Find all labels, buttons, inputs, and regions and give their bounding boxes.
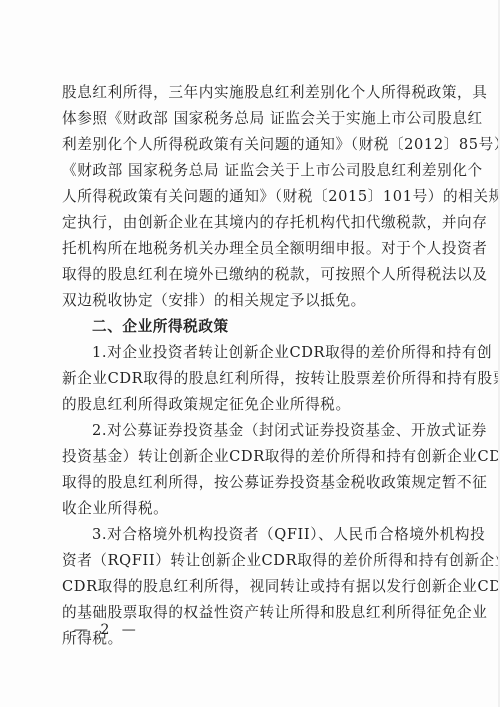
item-1-line-3: 的股息红利所得政策规定征免企业所得税。 [62, 392, 440, 418]
document-body: 股息红利所得，三年内实施股息红利差别化个人所得税政策，具 体参照《财政部 国家税… [62, 80, 440, 652]
page-number: — 2 — [74, 622, 140, 638]
item-2-line-4: 收企业所得税。 [62, 496, 440, 522]
body-line-2: 体参照《财政部 国家税务总局 证监会关于实施上市公司股息红 [62, 106, 440, 132]
body-line-6: 定执行，由创新企业在其境内的存托机构代扣代缴税款，并向存 [62, 210, 440, 236]
body-line-7: 托机构所在地税务机关办理全员全额明细申报。对于个人投资者 [62, 236, 440, 262]
body-line-3: 利差别化个人所得税政策有关问题的通知》（财税〔2012〕85号）、 [62, 132, 440, 158]
item-2-line-2: 投资基金）转让创新企业CDR取得的差价所得和持有创新企业CDR [62, 444, 440, 470]
body-line-9: 双边税收协定（安排）的相关规定予以抵免。 [62, 288, 440, 314]
document-page: 股息红利所得，三年内实施股息红利差别化个人所得税政策，具 体参照《财政部 国家税… [0, 0, 500, 707]
item-3-line-2: 资者（RQFII）转让创新企业CDR取得的差价所得和持有创新企业 [62, 548, 440, 574]
body-line-4: 《财政部 国家税务总局 证监会关于上市公司股息红利差别化个 [62, 158, 440, 184]
body-line-5: 人所得税政策有关问题的通知》（财税〔2015〕101号）的相关规 [62, 184, 440, 210]
body-line-8: 取得的股息红利在境外已缴纳的税款，可按照个人所得税法以及 [62, 262, 440, 288]
section-heading-corporate-tax: 二、企业所得税政策 [62, 314, 440, 340]
item-3-line-1: 3.对合格境外机构投资者（QFII）、人民币合格境外机构投 [62, 522, 440, 548]
item-2-line-3: 取得的股息红利所得，按公募证券投资基金税收政策规定暂不征 [62, 470, 440, 496]
body-line-1: 股息红利所得，三年内实施股息红利差别化个人所得税政策，具 [62, 80, 440, 106]
item-1-line-2: 新企业CDR取得的股息红利所得，按转让股票差价所得和持有股票 [62, 366, 440, 392]
item-2-line-1: 2.对公募证券投资基金（封闭式证券投资基金、开放式证券 [62, 418, 440, 444]
item-3-line-3: CDR取得的股息红利所得，视同转让或持有据以发行创新企业CDR [62, 574, 440, 600]
item-1-line-1: 1.对企业投资者转让创新企业CDR取得的差价所得和持有创 [62, 340, 440, 366]
